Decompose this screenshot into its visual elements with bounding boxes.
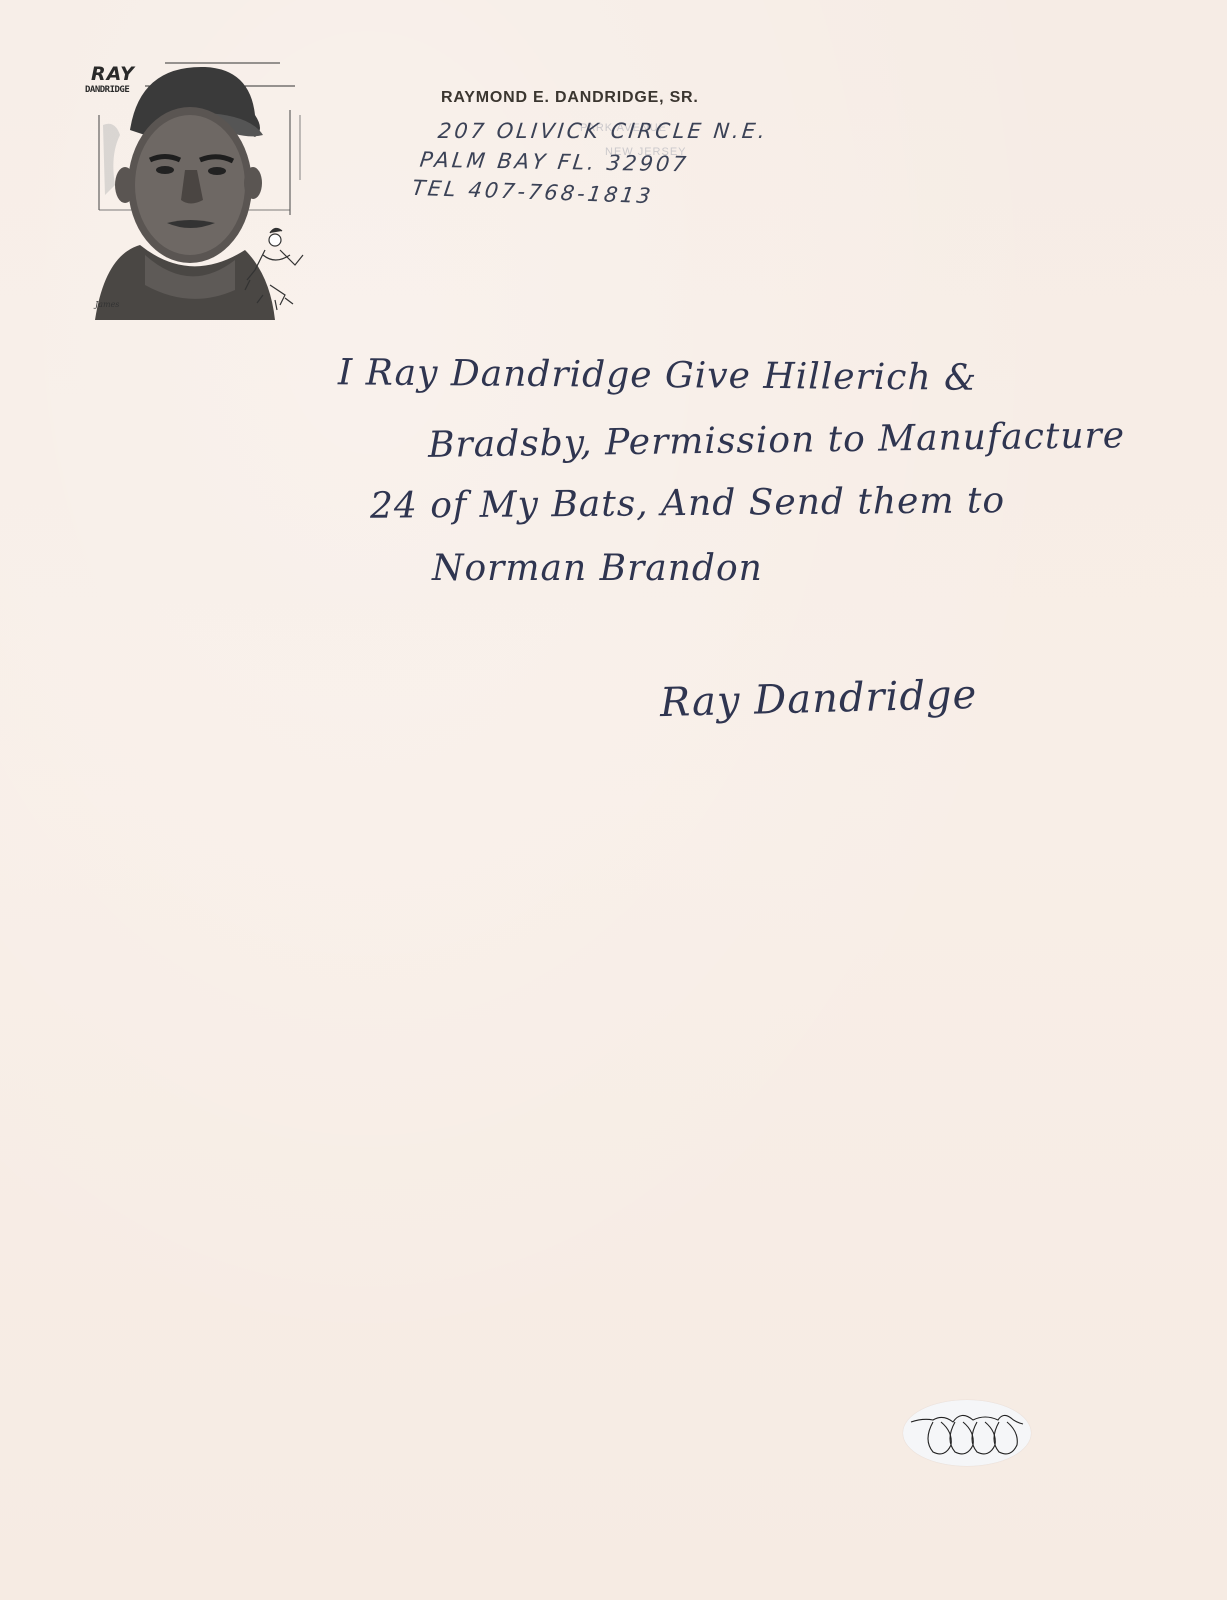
portrait-caption-first: RAY — [91, 63, 135, 85]
body-line-3: 24 of My Bats, And Send them to — [370, 480, 1005, 527]
portrait-caption-last: DANDRIDGE — [85, 85, 129, 95]
body-line-1: I Ray Dandridge Give Hillerich & — [338, 352, 977, 399]
artist-signature: James — [95, 300, 119, 309]
address-street: 207 OLIVICK CIRCLE N.E. — [437, 119, 769, 143]
letter-page: RAY DANDRIDGE James RAYMOND E. DANDRIDGE… — [0, 0, 1227, 1600]
body-line-4: Norman Brandon — [432, 548, 763, 589]
body-line-2: Bradsby, Permission to Manufacture — [428, 415, 1126, 466]
signature: Ray Dandridge — [659, 672, 977, 726]
address-city-state-zip: PALM BAY FL. 32907 — [419, 148, 691, 177]
authentication-sticker — [903, 1400, 1031, 1466]
letterhead-name: RAYMOND E. DANDRIDGE, SR. — [441, 89, 699, 107]
address-phone: TEL 407-768-1813 — [410, 176, 654, 208]
jsa-hologram-signature-icon — [903, 1400, 1031, 1466]
portrait-illustration: RAY DANDRIDGE James — [85, 55, 310, 320]
